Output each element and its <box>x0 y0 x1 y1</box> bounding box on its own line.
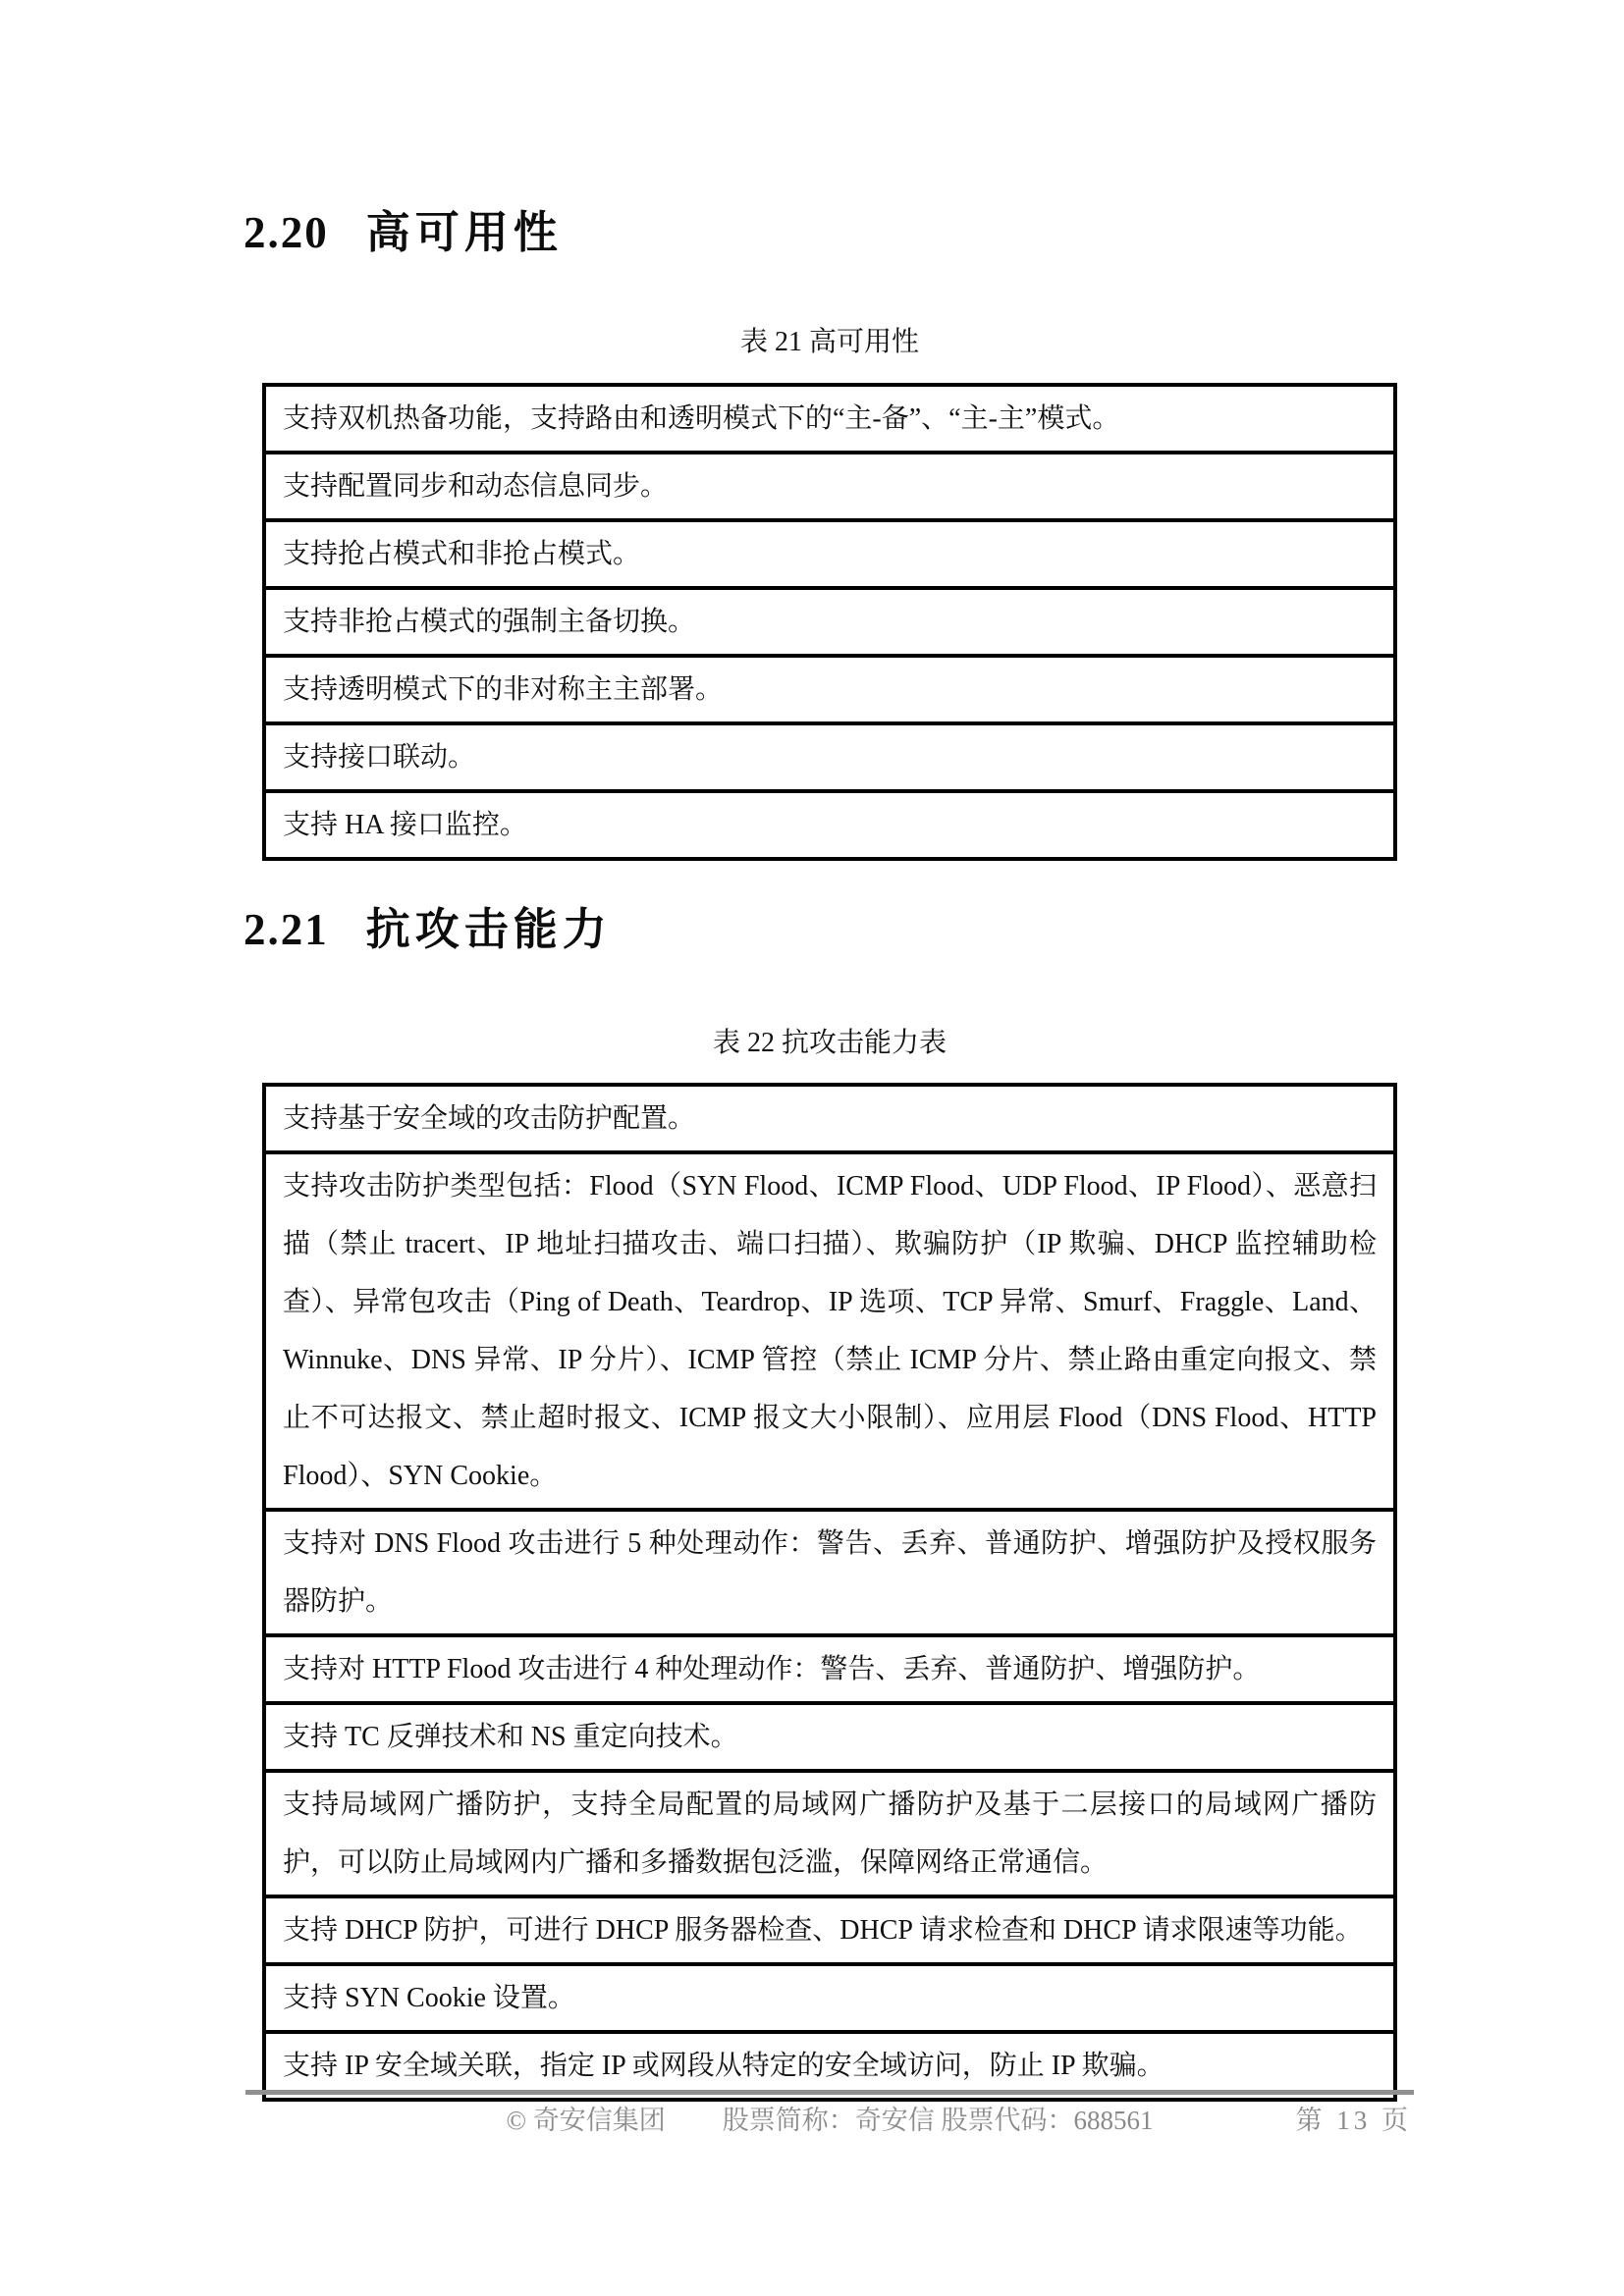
table-caption-22: 表 22 抗攻击能力表 <box>262 1025 1397 1062</box>
table-row: 支持接口联动。 <box>266 721 1393 789</box>
section-heading-2-21: 2.21抗攻击能力 <box>244 905 612 954</box>
anti-attack-table: 支持基于安全域的攻击防护配置。支持攻击防护类型包括：Flood（SYN Floo… <box>262 1083 1397 2102</box>
table-row: 支持非抢占模式的强制主备切换。 <box>266 586 1393 654</box>
section-number: 2.20 <box>244 208 329 257</box>
table-row: 支持 TC 反弹技术和 NS 重定向技术。 <box>266 1701 1393 1769</box>
table-row: 支持对 HTTP Flood 攻击进行 4 种处理动作：警告、丢弃、普通防护、增… <box>266 1633 1393 1701</box>
table-row: 支持抢占模式和非抢占模式。 <box>266 518 1393 586</box>
table-caption-21: 表 21 高可用性 <box>262 324 1397 361</box>
high-availability-table: 支持双机热备功能，支持路由和透明模式下的“主-备”、“主-主”模式。支持配置同步… <box>262 383 1397 861</box>
table-row: 支持双机热备功能，支持路由和透明模式下的“主-备”、“主-主”模式。 <box>266 387 1393 451</box>
footer-divider <box>245 2090 1414 2095</box>
table-row: 支持透明模式下的非对称主主部署。 <box>266 654 1393 721</box>
table-row: 支持攻击防护类型包括：Flood（SYN Flood、ICMP Flood、UD… <box>266 1150 1393 1508</box>
table-row: 支持 IP 安全域关联，指定 IP 或网段从特定的安全域访问，防止 IP 欺骗。 <box>266 2030 1393 2098</box>
footer-copyright: © 奇安信集团 <box>506 2103 665 2138</box>
section-number: 2.21 <box>244 905 329 954</box>
table-row: 支持配置同步和动态信息同步。 <box>266 451 1393 518</box>
footer-stock-info: 股票简称：奇安信 股票代码：688561 <box>723 2103 1154 2138</box>
table-row: 支持 DHCP 防护，可进行 DHCP 服务器检查、DHCP 请求检查和 DHC… <box>266 1895 1393 1962</box>
document-page: 2.20高可用性 表 21 高可用性 支持双机热备功能，支持路由和透明模式下的“… <box>0 0 1624 2296</box>
table-row: 支持 HA 接口监控。 <box>266 789 1393 857</box>
table-row: 支持对 DNS Flood 攻击进行 5 种处理动作：警告、丢弃、普通防护、增强… <box>266 1508 1393 1633</box>
table-row: 支持局域网广播防护，支持全局配置的局域网广播防护及基于二层接口的局域网广播防护，… <box>266 1769 1393 1895</box>
footer-page-number: 第 13 页 <box>1296 2103 1413 2138</box>
section-heading-2-20: 2.20高可用性 <box>244 208 563 257</box>
table-row: 支持 SYN Cookie 设置。 <box>266 1962 1393 2030</box>
section-title: 高可用性 <box>366 207 563 257</box>
table-row: 支持基于安全域的攻击防护配置。 <box>266 1087 1393 1150</box>
page-footer: © 奇安信集团 股票简称：奇安信 股票代码：688561 第 13 页 <box>245 2103 1414 2138</box>
section-title: 抗攻击能力 <box>366 904 612 954</box>
